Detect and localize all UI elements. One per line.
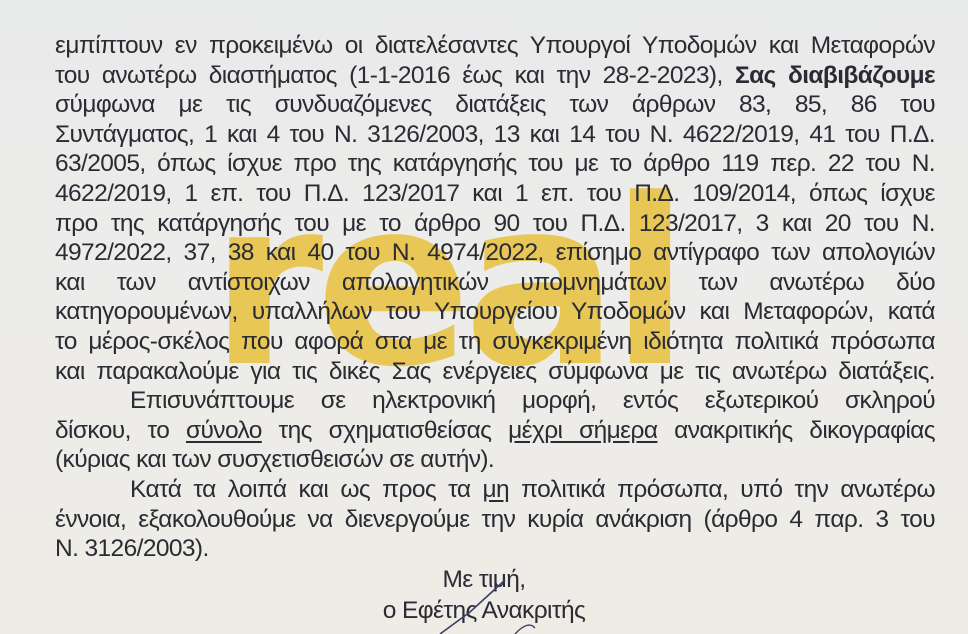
text-line: έννοια, εξακολουθούμε να διενεργούμε την… bbox=[55, 505, 935, 535]
text-line: εμπίπτουν εν προκειμένω οι διατελέσαντες… bbox=[55, 31, 935, 61]
text-line: προ της κατάργησής του με το άρθρο 90 το… bbox=[55, 209, 935, 239]
signatory-title: ο Εφέτης Ανακριτής bbox=[0, 597, 968, 625]
text-line: το μέρος-σκέλος που αφορά στα με τη συγκ… bbox=[55, 327, 935, 357]
text-line: και παρακαλούμε για τις δικές Σας ενέργε… bbox=[55, 357, 935, 387]
text-line: κατηγορουμένων, υπαλλήλων του Υπουργείου… bbox=[55, 297, 935, 327]
text-line: του ανωτέρω διαστήματος (1-1-2016 έως κα… bbox=[55, 61, 935, 91]
text-line: δίσκου, το σύνολο της σχηματισθείσας μέχ… bbox=[55, 416, 935, 446]
paragraph-1: εμπίπτουν εν προκειμένω οι διατελέσαντες… bbox=[55, 31, 935, 386]
underlined-phrase: σύνολο bbox=[186, 417, 262, 444]
underlined-phrase: μέχρι σήμερα bbox=[508, 417, 657, 444]
text-line: σύμφωνα με τις συνδυαζόμενες διατάξεις τ… bbox=[55, 90, 935, 120]
text-line: Συντάγματος, 1 και 4 του Ν. 3126/2003, 1… bbox=[55, 120, 935, 150]
bold-phrase: Σας διαβιβάζουμε bbox=[735, 62, 935, 89]
paragraph-2: Επισυνάπτουμε σε ηλεκτρονική μορφή, εντό… bbox=[55, 386, 935, 475]
paragraph-3: Κατά τα λοιπά και ως προς τα μη πολιτικά… bbox=[55, 475, 935, 564]
closing-text: Με τιμή, bbox=[0, 566, 968, 594]
text-line: Κατά τα λοιπά και ως προς τα μη πολιτικά… bbox=[55, 475, 935, 505]
text-line: 4622/2019, 1 επ. του Π.Δ. 123/2017 και 1… bbox=[55, 179, 935, 209]
text-line: (κύριας και των συσχετισθεισών σε αυτήν)… bbox=[55, 445, 935, 475]
document-body: εμπίπτουν εν προκειμένω οι διατελέσαντες… bbox=[55, 31, 935, 564]
underlined-phrase: μη bbox=[483, 476, 510, 503]
text-line: και των αντίστοιχων απολογητικών υπομνημ… bbox=[55, 268, 935, 298]
text-line: 4972/2022, 37, 38 και 40 του Ν. 4974/202… bbox=[55, 238, 935, 268]
text-line: 63/2005, όπως ίσχυε προ της κατάργησής τ… bbox=[55, 149, 935, 179]
text-line: Ν. 3126/2003). bbox=[55, 534, 935, 564]
text-line: Επισυνάπτουμε σε ηλεκτρονική μορφή, εντό… bbox=[55, 386, 935, 416]
